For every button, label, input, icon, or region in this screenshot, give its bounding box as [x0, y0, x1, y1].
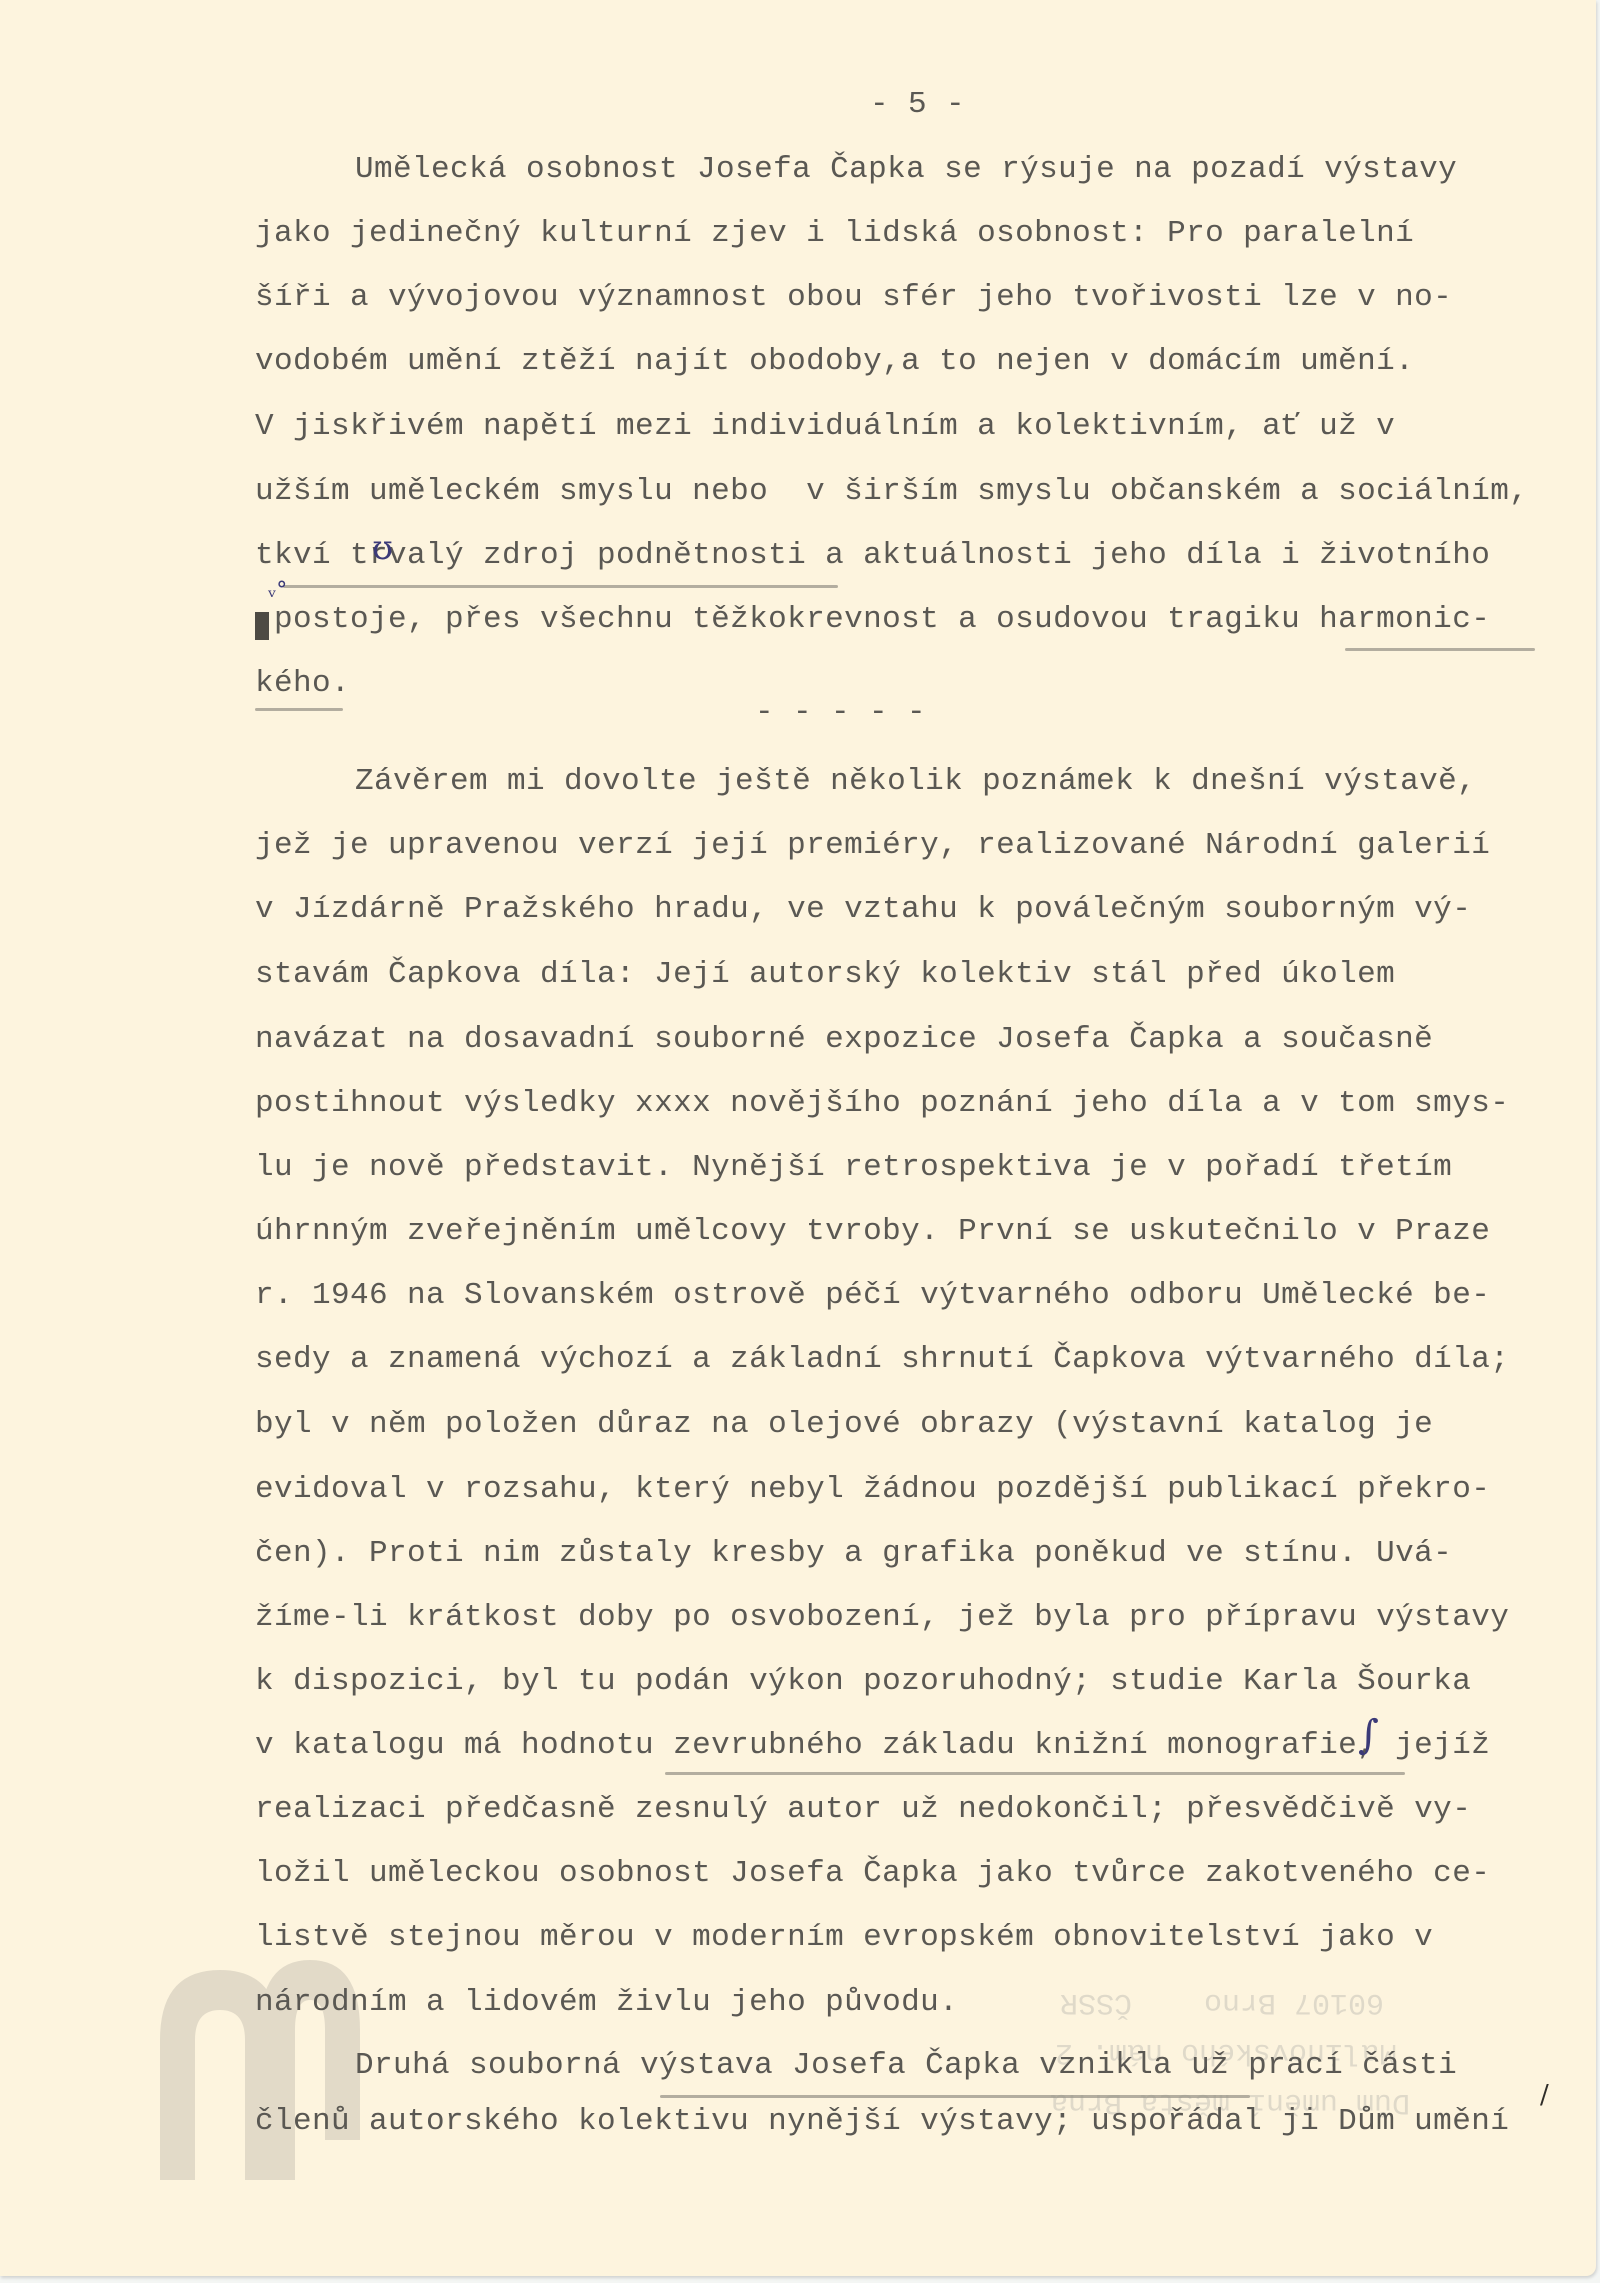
text-line: v Jízdárně Pražského hradu, ve vztahu k … — [255, 890, 1471, 930]
text-line: stavám Čapkova díla: Její autorský kolek… — [255, 955, 1395, 995]
pencil-underline — [665, 1772, 1405, 1775]
text-line: úhrnným zveřejněním umělcovy tvroby. Prv… — [255, 1212, 1490, 1252]
text-line: realizaci předčasně zesnulý autor už ned… — [255, 1790, 1471, 1830]
text-line: šíři a vývojovou významnost obou sfér je… — [255, 278, 1452, 318]
text-line: kého. — [255, 664, 350, 704]
text-line: k dispozici, byl tu podán výkon pozoruho… — [255, 1662, 1471, 1702]
text-line: jež je upravenou verzí její premiéry, re… — [255, 826, 1490, 866]
text-line: jako jedinečný kulturní zjev i lidská os… — [255, 214, 1414, 254]
text-line: Druhá souborná výstava Josefa Čapka vzni… — [355, 2046, 1457, 2086]
text-line: žíme-li krátkost doby po osvobození, jež… — [255, 1598, 1509, 1638]
text-line: národním a lidovém živlu jeho původu. — [255, 1983, 958, 2023]
text-line: Umělecká osobnost Josefa Čapka se rýsuje… — [355, 150, 1457, 190]
text-line: členů autorského kolektivu nynější výsta… — [255, 2102, 1509, 2142]
pencil-underline — [283, 585, 838, 588]
text-line: postoje, přes všechnu těžkokrevnost a os… — [255, 600, 1490, 640]
text-line: byl v něm položen důraz na olejové obraz… — [255, 1405, 1433, 1445]
text-line: listvě stejnou měrou v moderním evropské… — [255, 1918, 1433, 1958]
section-divider: - - - - - — [755, 693, 926, 733]
bleed-through-line: 60107 Brno ČSSR — [1060, 1985, 1384, 2019]
text-line: navázat na dosavadní souborné expozice J… — [255, 1020, 1433, 1060]
text-line: lu je nově představit. Nynější retrospek… — [255, 1148, 1452, 1188]
handwritten-correction-mark: ʊ — [372, 528, 393, 568]
text-line: postihnout výsledky xxxx novějšího pozná… — [255, 1084, 1509, 1124]
pencil-underline — [1345, 648, 1535, 651]
text-line: čen). Proti nim zůstaly kresby a grafika… — [255, 1534, 1452, 1574]
text-line: evidoval v rozsahu, který nebyl žádnou p… — [255, 1470, 1490, 1510]
text-line: V jiskřivém napětí mezi individuálním a … — [255, 407, 1395, 447]
text-line: v katalogu má hodnotu zevrubného základu… — [255, 1726, 1490, 1766]
text-line: vodobém umění ztěží najít obodoby,a to n… — [255, 342, 1414, 382]
text-line: r. 1946 na Slovanském ostrově péčí výtva… — [255, 1276, 1490, 1316]
text-line: ložil uměleckou osobnost Josefa Čapka ja… — [255, 1854, 1490, 1894]
text-line: tkví trvalý zdroj podnětnosti a aktuálno… — [255, 536, 1490, 576]
handwritten-correction-mark: ∫ — [1358, 1712, 1379, 1758]
text-line: Závěrem mi dovolte ještě několik poznáme… — [355, 762, 1476, 802]
pencil-underline — [660, 2095, 1250, 2098]
text-line: sedy a znamená výchozí a základní shrnut… — [255, 1340, 1509, 1380]
pencil-underline — [255, 708, 343, 711]
page-number: - 5 - — [870, 85, 965, 125]
handwritten-tick-mark: / — [1540, 2080, 1549, 2110]
document-page: 60107 Brno ČSSR Malinovského nám. 2 Dům … — [0, 0, 1596, 2276]
text-line: užším uměleckém smyslu nebo v širším smy… — [255, 472, 1528, 512]
